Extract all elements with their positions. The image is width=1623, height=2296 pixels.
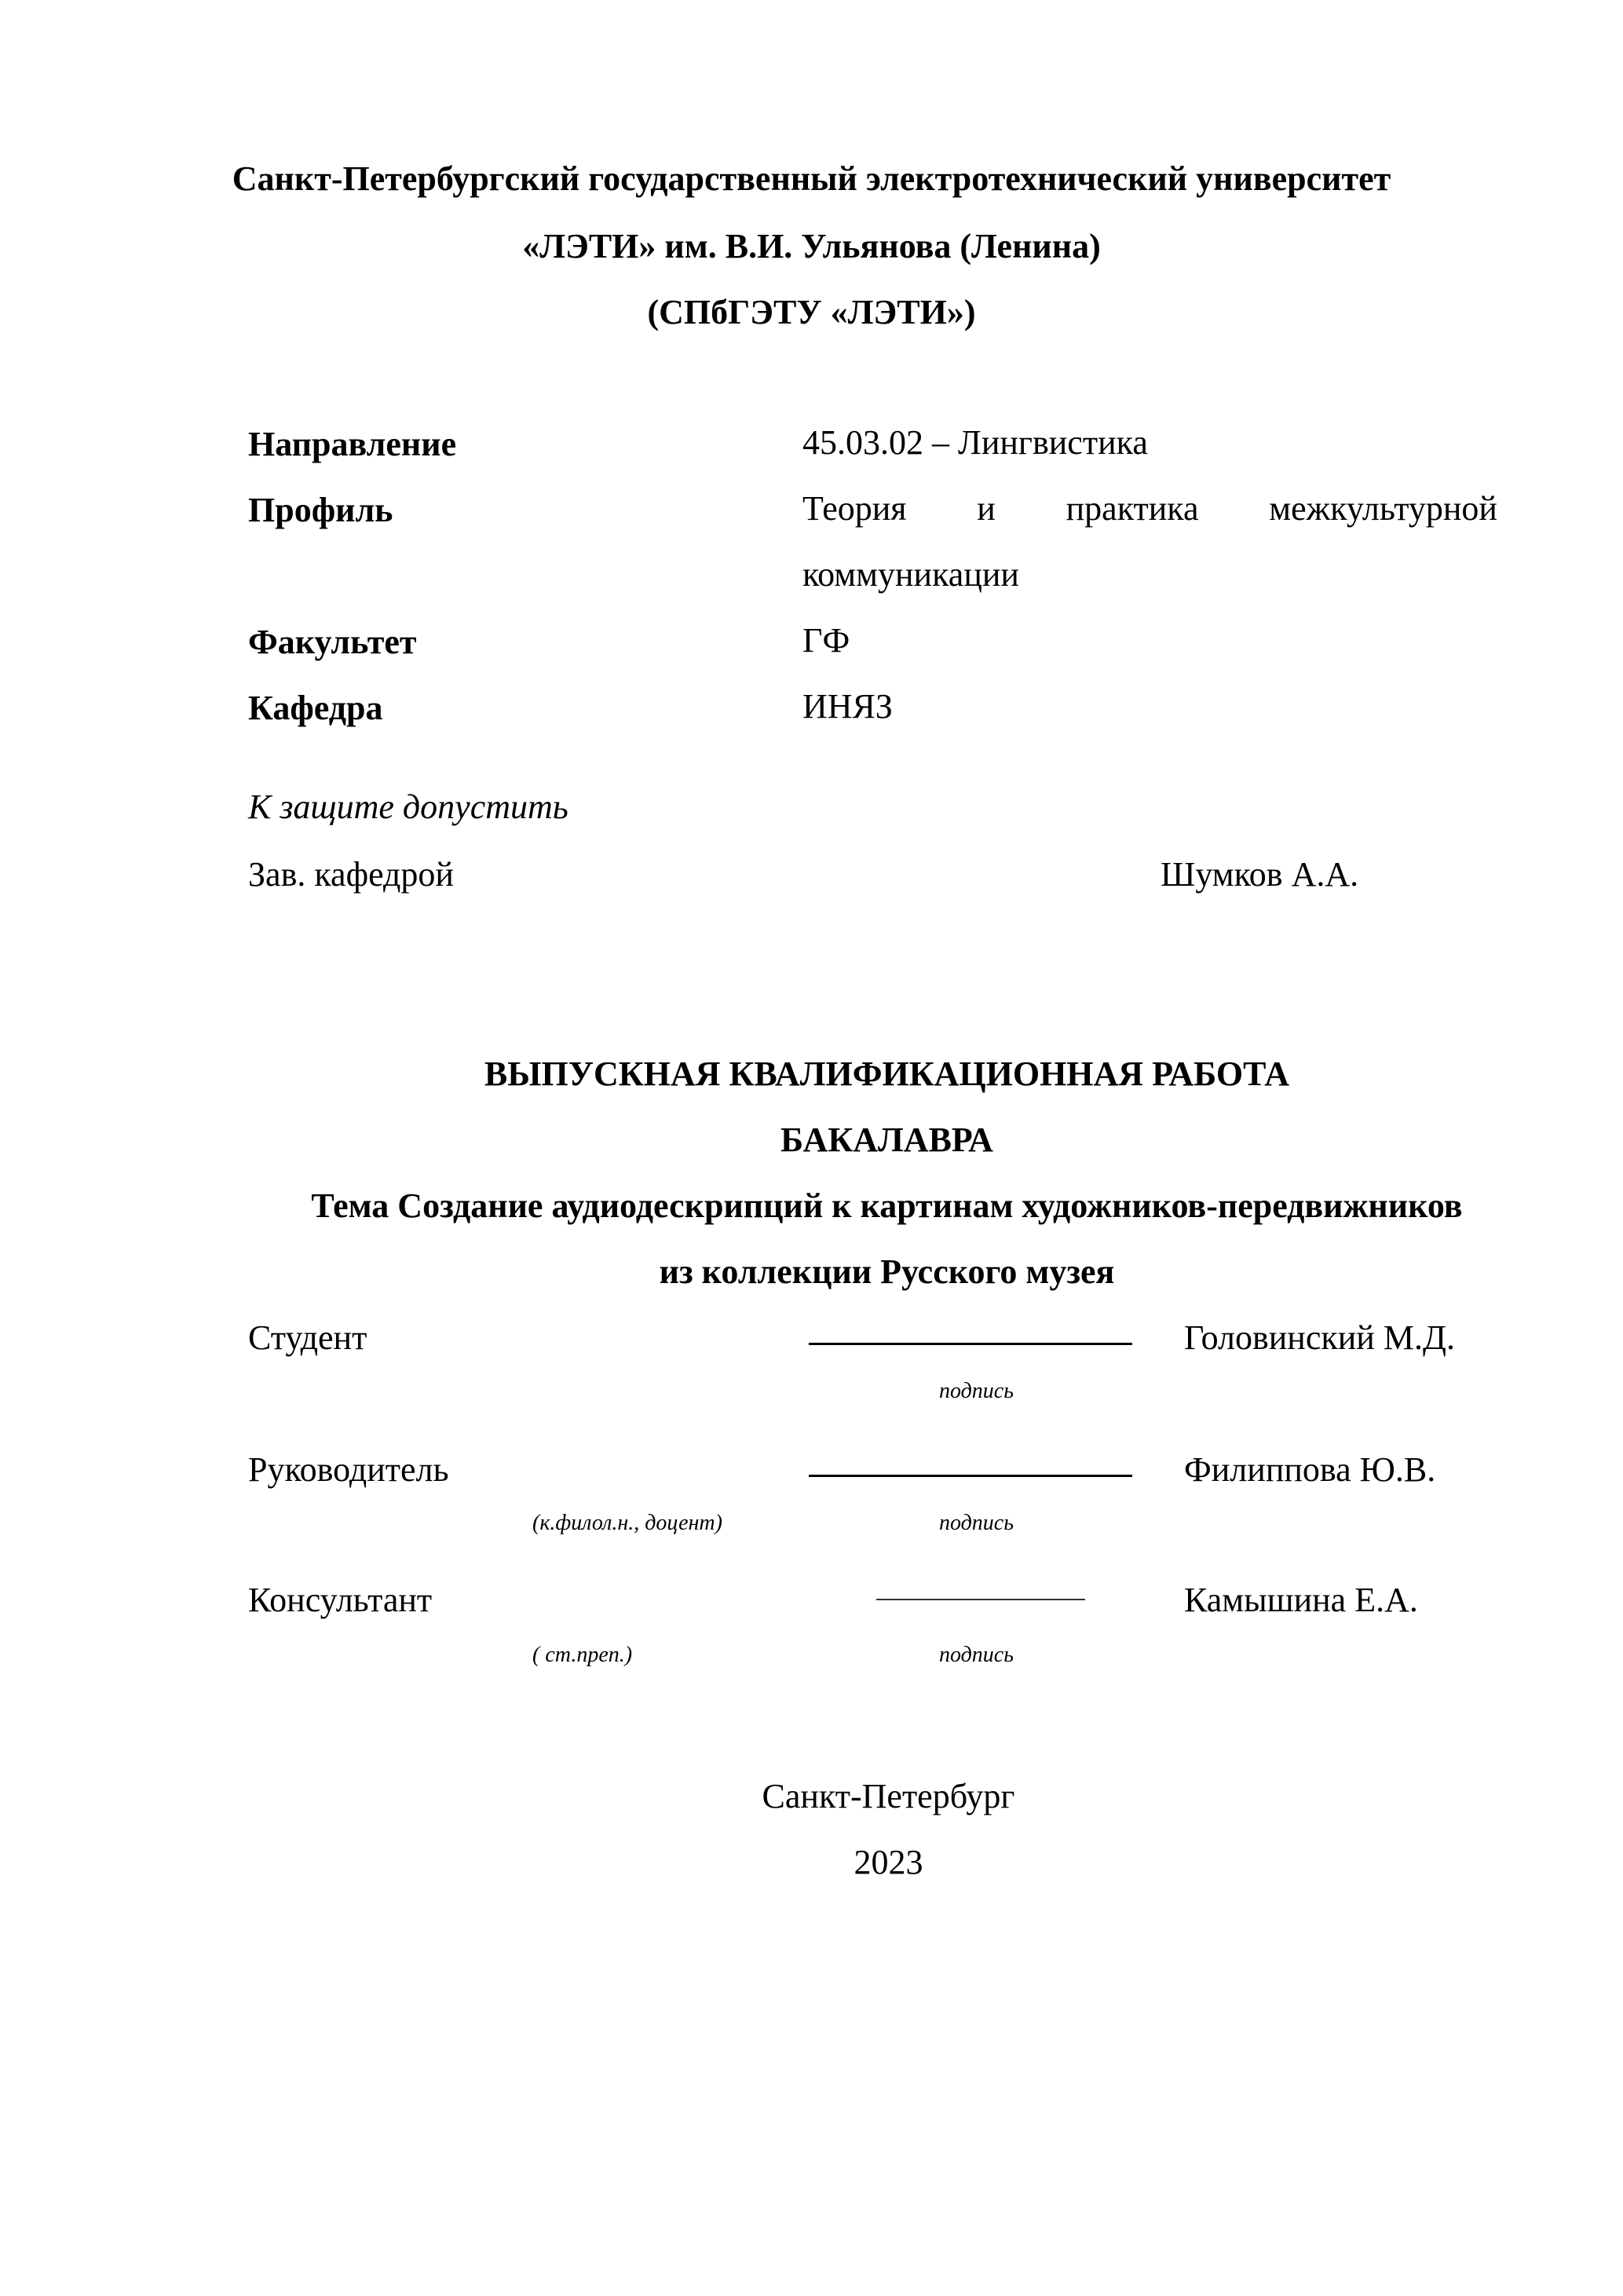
faculty-label: Факультет [248, 625, 416, 660]
work-degree-title: БАКАЛАВРА [75, 1123, 1623, 1157]
consultant-signature-line [876, 1599, 1085, 1600]
profile-word: межкультурной [1269, 492, 1497, 526]
profile-word: и [977, 492, 996, 526]
consultant-rank: ( ст.преп.) [532, 1644, 632, 1666]
profile-label: Профиль [248, 493, 393, 528]
consultant-label: Консультант [248, 1583, 432, 1618]
student-signature-line [809, 1343, 1132, 1345]
university-short-name: «ЛЭТИ» им. В.И. Ульянова (Ленина) [0, 229, 1623, 264]
year: 2023 [77, 1845, 1623, 1880]
direction-label: Направление [248, 427, 456, 462]
direction-value: 45.03.02 – Лингвистика [802, 426, 1148, 460]
supervisor-rank: (к.филол.н., доцент) [532, 1512, 722, 1534]
department-label: Кафедра [248, 691, 382, 726]
profile-word: практика [1066, 492, 1199, 526]
admit-to-defense: К защите допустить [248, 790, 568, 824]
university-name: Санкт-Петербургский государственный элек… [0, 162, 1623, 196]
student-name: Головинский М.Д. [1184, 1321, 1455, 1355]
head-of-department-name: Шумков А.А. [1161, 857, 1358, 892]
topic-line1: Тема Создание аудиодескрипций к картинам… [75, 1189, 1623, 1223]
profile-value-line2: коммуникации [802, 558, 1019, 592]
topic-line2: из коллекции Русского музея [75, 1255, 1623, 1289]
supervisor-name: Филиппова Ю.В. [1184, 1453, 1435, 1487]
student-signature-caption: подпись [939, 1380, 1014, 1402]
university-abbreviation: (СПбГЭТУ «ЛЭТИ») [0, 295, 1623, 330]
student-label: Студент [248, 1321, 367, 1355]
head-of-department-label: Зав. кафедрой [248, 857, 454, 892]
faculty-value: ГФ [802, 623, 850, 658]
department-value: ИНЯЗ [802, 689, 893, 724]
consultant-signature-caption: подпись [939, 1644, 1014, 1666]
consultant-name: Камышина Е.А. [1184, 1583, 1418, 1618]
work-type-title: ВЫПУСКНАЯ КВАЛИФИКАЦИОННАЯ РАБОТА [75, 1057, 1623, 1091]
supervisor-signature-line [809, 1475, 1132, 1477]
city: Санкт-Петербург [77, 1779, 1623, 1814]
supervisor-signature-caption: подпись [939, 1512, 1014, 1534]
supervisor-label: Руководитель [248, 1453, 449, 1487]
profile-word: Теория [802, 492, 907, 526]
profile-value: Теория и практика межкультурной [802, 492, 1497, 526]
